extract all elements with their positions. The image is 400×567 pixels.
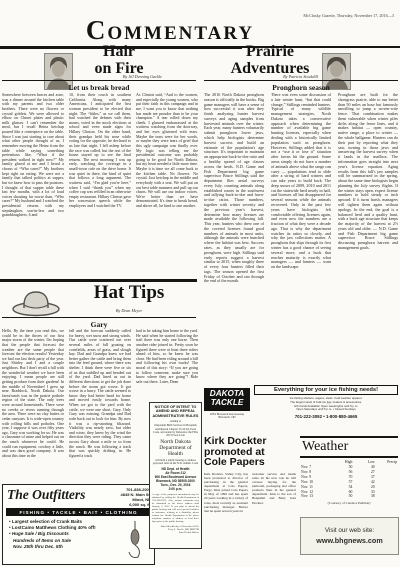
fishing-lure-icon [122,521,148,559]
dakota-tackle-phone: 701-222-3092 • 1-800-880-4665 [254,414,398,419]
weather-precip [376,494,398,499]
notice-subject: Outpatient Birth Services in Hospitals A… [152,424,199,437]
divider [204,80,398,81]
article-column: had to be taking him home to the yard. H… [136,329,198,399]
headline-kirk-dockter: Kirk Dockter promoted at Cole Papers [204,436,296,468]
headline-pronghorn-season: Pronghorn season [204,83,398,92]
outfitters-category-bar: FISHING • TACKLE • BAIT • CLOTHING [6,508,151,516]
notice-location: ND Dept. of Health Air Room 212 600 East… [152,467,199,491]
edition-line: McClusky Gazette, Thursday, November 17,… [303,13,394,18]
location-line: 2:00 p.m. [152,487,199,491]
weather-title: Weather [300,438,398,456]
outfitters-logo: The Outfitters [7,487,85,503]
weather-low: 38 [353,494,375,499]
headline-line: Kirk Dockter [204,436,296,447]
notice-hearing-intro: will hold a public hearing to address pr… [152,459,199,466]
logo-line: DAKOTA [204,389,250,398]
outfitters-bullets: • Largest selection of Crank Baits • Los… [9,519,115,550]
notice-relating: relating to [152,420,199,423]
weather-rule-bottom [300,456,398,459]
weather-high: 50 [331,494,353,499]
dakota-tackle-banner: Everything for your ice fishing needs! [254,385,398,395]
article-column: Pronghorn are built for the shortgrass p… [338,93,398,383]
dakota-tackle-address: 1651 Bismarck Expressway Bismarck, ND [204,413,250,420]
dakota-tackle-ad: DAKOTA TACKLE 1651 Bismarck Expressway B… [204,385,398,433]
article-column: Hello, By the time you read this, we cou… [2,329,64,481]
notice-body: A copy of the proposed amendments may be… [152,493,199,523]
headline-break-bread: Let us break bread [2,83,196,92]
column-title-hair-on-fire: Hair on Fire [76,44,162,77]
divider [2,80,196,81]
logo-line: TACKLE [204,398,250,407]
dakota-tackle-details: Ice fishing shelters, augers, sleds. Col… [254,397,398,412]
website-promo-box: Visit our web site: www.bhgnews.com [300,517,399,555]
headline-gary: Gary [2,320,196,329]
byline-dean: By Dean Meyer [62,308,196,313]
outfitters-sqft: 6,000 sq. ft. [121,502,151,507]
column-title-hat-tips: Hat Tips [62,283,196,303]
column-title-prairie-adventures: Prairie Adventures [222,44,318,77]
dakota-tackle-logo: DAKOTA TACKLE [204,388,250,411]
notice-agency: North Dakota Department of Health [152,440,199,458]
weather-row: Nov. 13 50 38 [300,494,398,499]
article-column: Kirk Dockter, Valley City, has been prom… [204,472,248,564]
outfitters-contact: 701-838-2001 4845 N. Main St. Minot, ND … [121,487,151,507]
byline-jill: By Jill Denning Gackle [60,74,162,79]
article-column: The 2016 North Dakota pronghorn season i… [204,93,264,383]
weather-section: Weather High Low Precip Nov. 7 50 40 Nov… [300,436,398,505]
section-title: Commentary [40,15,300,46]
address-line: Bismarck, ND [204,416,250,419]
notice-title: NOTICE OF INTENT TO AMEND AND REPEAL ADM… [152,405,199,418]
divider [2,317,196,318]
article-column: 10, from their couch in southern Califor… [69,93,131,278]
notice-signature: Dated this 4th day of November 2016. Ter… [152,525,199,534]
title-line: Prairie [222,44,318,61]
headline-line: Cole Papers [204,457,296,468]
bullet-item: Nov. 25th thru Dec. 5th [9,544,115,550]
weather-date: Nov. 13 [300,494,331,499]
agency-line: Health [152,452,199,458]
article-column: fall and the forecast suddenly called fo… [69,329,131,481]
public-notice-ad: NOTICE OF INTENT TO AMEND AND REPEAL ADM… [149,402,202,549]
outfitters-ad: The Outfitters 701-838-2001 4845 N. Main… [2,484,155,565]
article-column: Somewhere between braces and acne, was a… [2,93,64,278]
detail-line: Open Saturdays until 5 p.m. • Closed Sun… [254,408,398,412]
title-line: Hair [76,44,162,61]
signature-line: State Health Officer [152,531,199,534]
website-url: www.bhgnews.com [316,536,382,545]
weather-table: High Low Precip Nov. 7 50 40 Nov. 8 56 2… [300,460,398,499]
newspaper-page: McClusky Gazette, Thursday, November 17,… [0,0,400,567]
website-label: Visit our web site: [325,527,374,534]
weather-courtesy: (Courtesy of Candace Pellman) [300,501,398,505]
article-column: There was even some discussion of a late… [271,93,331,383]
cowboy-hat-icon [10,286,62,318]
article-column: customer service and inside sales. In hi… [252,472,296,564]
byline-patricia: By Patricia Stockdill [222,74,318,79]
article-column: As Clinton said, “And to the women, and … [136,93,198,278]
